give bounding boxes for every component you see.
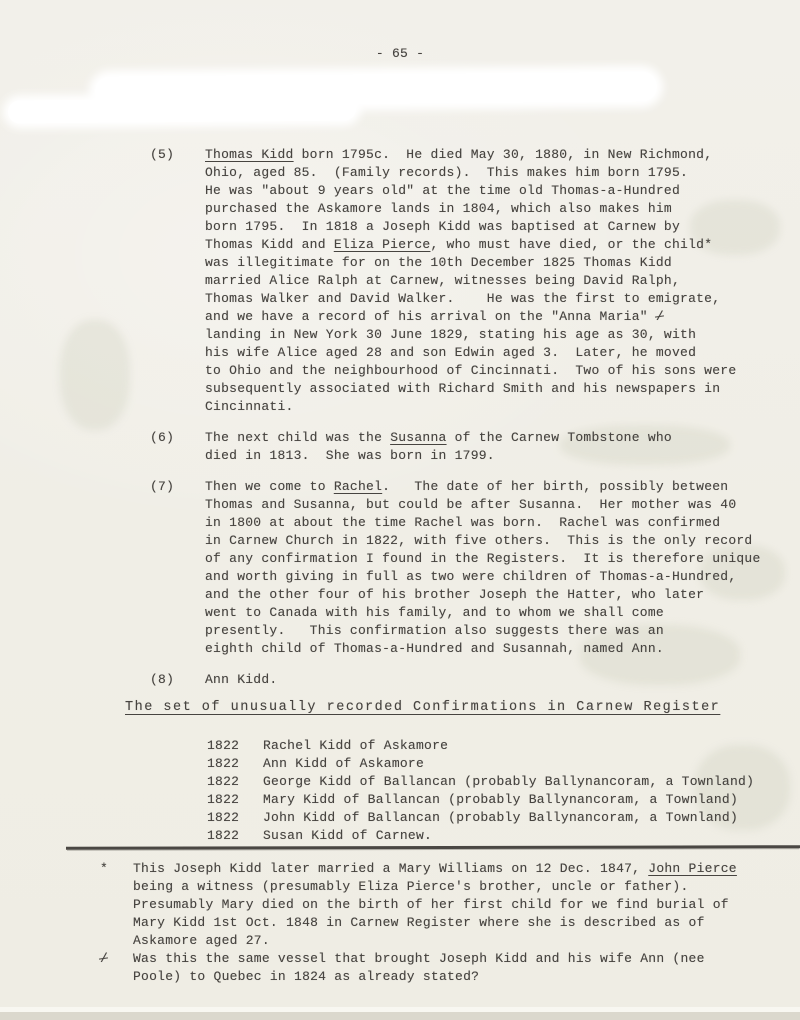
paragraph-line: Cincinnati. xyxy=(205,398,736,416)
paragraph-body: Then we come to Rachel. The date of her … xyxy=(205,478,761,658)
register-row: 1822John Kidd of Ballancan (probably Bal… xyxy=(207,809,754,827)
register-section-heading: The set of unusually recorded Confirmati… xyxy=(125,700,720,715)
register-year: 1822 xyxy=(207,755,263,773)
text-run: Cincinnati. xyxy=(205,399,294,414)
text-run: born 1795c. He died May 30, 1880, in New… xyxy=(294,147,713,162)
paragraph-line: his wife Alice aged 28 and son Edwin age… xyxy=(205,344,736,362)
text-run: and worth giving in full as two were chi… xyxy=(205,569,736,584)
paragraph-line: and we have a record of his arrival on t… xyxy=(205,308,736,326)
paragraph-body: Thomas Kidd born 1795c. He died May 30, … xyxy=(205,146,736,416)
text-run: . The date of her birth, possibly betwee… xyxy=(382,479,728,494)
footnote-item: *This Joseph Kidd later married a Mary W… xyxy=(100,860,737,950)
register-year: 1822 xyxy=(207,809,263,827)
text-run: to Ohio and the neighbourhood of Cincinn… xyxy=(205,363,736,378)
register-name: Mary Kidd of Ballancan (probably Ballyna… xyxy=(263,791,738,809)
paragraph-line: He was "about 9 years old" at the time o… xyxy=(205,182,736,200)
paragraph-line: Thomas Kidd and Eliza Pierce, who must h… xyxy=(205,236,736,254)
paragraph-list: (5)Thomas Kidd born 1795c. He died May 3… xyxy=(150,146,761,702)
text-run: Ohio, aged 85. (Family records). This ma… xyxy=(205,165,688,180)
register-row: 1822George Kidd of Ballancan (probably B… xyxy=(207,773,754,791)
footnote-line: This Joseph Kidd later married a Mary Wi… xyxy=(133,860,737,878)
paragraph-line: The next child was the Susanna of the Ca… xyxy=(205,429,672,447)
underlined-text: John Pierce xyxy=(648,861,737,876)
paragraph-line: and the other four of his brother Joseph… xyxy=(205,586,761,604)
text-run: Was this the same vessel that brought Jo… xyxy=(133,951,705,966)
register-name: John Kidd of Ballancan (probably Ballyna… xyxy=(263,809,738,827)
footnote-line: Presumably Mary died on the birth of her… xyxy=(133,896,737,914)
paragraph-line: subsequently associated with Richard Smi… xyxy=(205,380,736,398)
bleedthrough-smudge xyxy=(60,320,130,430)
text-run: of the Carnew Tombstone who xyxy=(447,430,672,445)
register-year: 1822 xyxy=(207,791,263,809)
footnote-item: /Was this the same vessel that brought J… xyxy=(100,950,737,986)
whiteout-erasure-mark xyxy=(8,97,356,123)
text-run: Presumably Mary died on the birth of her… xyxy=(133,897,729,912)
text-run: presently. This confirmation also sugges… xyxy=(205,623,664,638)
paragraph-item: (6)The next child was the Susanna of the… xyxy=(150,429,761,465)
text-run: The next child was the xyxy=(205,430,390,445)
text-run: and the other four of his brother Joseph… xyxy=(205,587,704,602)
paragraph-line: eighth child of Thomas-a-Hundred and Sus… xyxy=(205,640,761,658)
underlined-text: Susanna xyxy=(390,430,446,445)
paragraph-line: landing in New York 30 June 1829, statin… xyxy=(205,326,736,344)
register-year: 1822 xyxy=(207,827,263,845)
text-run: born 1795. In 1818 a Joseph Kidd was bap… xyxy=(205,219,680,234)
footnote-marker: * xyxy=(100,860,133,950)
paragraph-line: Ann Kidd. xyxy=(205,671,277,689)
confirmations-list: 1822Rachel Kidd of Askamore1822Ann Kidd … xyxy=(207,737,754,845)
footnote-body: Was this the same vessel that brought Jo… xyxy=(133,950,705,986)
text-run: Thomas Walker and David Walker. He was t… xyxy=(205,291,720,306)
underlined-text: Eliza Pierce xyxy=(334,237,431,252)
register-row: 1822Ann Kidd of Askamore xyxy=(207,755,754,773)
footnote-marker-glyph: * xyxy=(100,861,108,876)
paragraph-marker: (7) xyxy=(150,478,205,658)
paragraph-line: purchased the Askamore lands in 1804, wh… xyxy=(205,200,736,218)
text-run: of any confirmation I found in the Regis… xyxy=(205,551,761,566)
text-run: Then we come to xyxy=(205,479,334,494)
paragraph-line: in 1800 at about the time Rachel was bor… xyxy=(205,514,761,532)
paragraph-body: The next child was the Susanna of the Ca… xyxy=(205,429,672,465)
text-run: This Joseph Kidd later married a Mary Wi… xyxy=(133,861,648,876)
text-run: and we have a record of his arrival on t… xyxy=(205,309,656,324)
text-run: landing in New York 30 June 1829, statin… xyxy=(205,327,696,342)
text-run: Mary Kidd 1st Oct. 1848 in Carnew Regist… xyxy=(133,915,705,930)
footnote-line: Poole) to Quebec in 1824 as already stat… xyxy=(133,968,705,986)
text-run: being a witness (presumably Eliza Pierce… xyxy=(133,879,689,894)
text-run: , who must have died, or the child* xyxy=(430,237,712,252)
register-name: Ann Kidd of Askamore xyxy=(263,755,424,773)
paragraph-line: to Ohio and the neighbourhood of Cincinn… xyxy=(205,362,736,380)
footnote-marker-glyph: / xyxy=(100,950,108,968)
register-name: Rachel Kidd of Askamore xyxy=(263,737,448,755)
paragraph-marker: (8) xyxy=(150,671,205,689)
page-number: - 65 - xyxy=(0,46,800,61)
scanned-page: - 65 - (5)Thomas Kidd born 1795c. He die… xyxy=(0,0,800,1020)
footnote-line: Askamore aged 27. xyxy=(133,932,737,950)
paragraph-marker: (5) xyxy=(150,146,205,416)
text-run: was illegitimate for on the 10th Decembe… xyxy=(205,255,672,270)
text-run: Thomas and Susanna, but could be after S… xyxy=(205,497,736,512)
text-run: subsequently associated with Richard Smi… xyxy=(205,381,720,396)
paragraph-line: married Alice Ralph at Carnew, witnesses… xyxy=(205,272,736,290)
paragraph-line: went to Canada with his family, and to w… xyxy=(205,604,761,622)
text-run: went to Canada with his family, and to w… xyxy=(205,605,664,620)
paragraph-line: died in 1813. She was born in 1799. xyxy=(205,447,672,465)
footnote-divider-rule xyxy=(66,845,800,849)
text-run: his wife Alice aged 28 and son Edwin age… xyxy=(205,345,696,360)
paragraph-line: Thomas Kidd born 1795c. He died May 30, … xyxy=(205,146,736,164)
paragraph-line: presently. This confirmation also sugges… xyxy=(205,622,761,640)
paragraph-line: and worth giving in full as two were chi… xyxy=(205,568,761,586)
paragraph-line: in Carnew Church in 1822, with five othe… xyxy=(205,532,761,550)
paragraph-item: (5)Thomas Kidd born 1795c. He died May 3… xyxy=(150,146,761,416)
register-row: 1822Mary Kidd of Ballancan (probably Bal… xyxy=(207,791,754,809)
text-run: Ann Kidd. xyxy=(205,672,277,687)
paragraph-line: born 1795. In 1818 a Joseph Kidd was bap… xyxy=(205,218,736,236)
register-name: Susan Kidd of Carnew. xyxy=(263,827,432,845)
text-run: / xyxy=(656,308,664,326)
paragraph-body: Ann Kidd. xyxy=(205,671,277,689)
text-run: married Alice Ralph at Carnew, witnesses… xyxy=(205,273,680,288)
footnote-marker: / xyxy=(100,950,133,986)
register-year: 1822 xyxy=(207,773,263,791)
scan-edge-shadow xyxy=(0,1012,800,1020)
paragraph-item: (7)Then we come to Rachel. The date of h… xyxy=(150,478,761,658)
footnote-list: *This Joseph Kidd later married a Mary W… xyxy=(100,860,737,986)
register-row: 1822Susan Kidd of Carnew. xyxy=(207,827,754,845)
text-run: died in 1813. She was born in 1799. xyxy=(205,448,495,463)
paragraph-line: was illegitimate for on the 10th Decembe… xyxy=(205,254,736,272)
footnote-line: Was this the same vessel that brought Jo… xyxy=(133,950,705,968)
text-run: Askamore aged 27. xyxy=(133,933,270,948)
footnote-line: being a witness (presumably Eliza Pierce… xyxy=(133,878,737,896)
text-run: Thomas Kidd and xyxy=(205,237,334,252)
text-run: He was "about 9 years old" at the time o… xyxy=(205,183,680,198)
text-run: in 1800 at about the time Rachel was bor… xyxy=(205,515,720,530)
register-name: George Kidd of Ballancan (probably Bally… xyxy=(263,773,754,791)
text-run: in Carnew Church in 1822, with five othe… xyxy=(205,533,753,548)
text-run: eighth child of Thomas-a-Hundred and Sus… xyxy=(205,641,664,656)
paragraph-line: Thomas and Susanna, but could be after S… xyxy=(205,496,761,514)
paragraph-line: Then we come to Rachel. The date of her … xyxy=(205,478,761,496)
register-year: 1822 xyxy=(207,737,263,755)
footnote-body: This Joseph Kidd later married a Mary Wi… xyxy=(133,860,737,950)
text-run: Poole) to Quebec in 1824 as already stat… xyxy=(133,969,479,984)
footnote-line: Mary Kidd 1st Oct. 1848 in Carnew Regist… xyxy=(133,914,737,932)
paragraph-line: Thomas Walker and David Walker. He was t… xyxy=(205,290,736,308)
underlined-text: Thomas Kidd xyxy=(205,147,294,162)
underlined-text: Rachel xyxy=(334,479,382,494)
register-row: 1822Rachel Kidd of Askamore xyxy=(207,737,754,755)
paragraph-line: Ohio, aged 85. (Family records). This ma… xyxy=(205,164,736,182)
text-run: purchased the Askamore lands in 1804, wh… xyxy=(205,201,672,216)
paragraph-marker: (6) xyxy=(150,429,205,465)
paragraph-item: (8)Ann Kidd. xyxy=(150,671,761,689)
paragraph-line: of any confirmation I found in the Regis… xyxy=(205,550,761,568)
